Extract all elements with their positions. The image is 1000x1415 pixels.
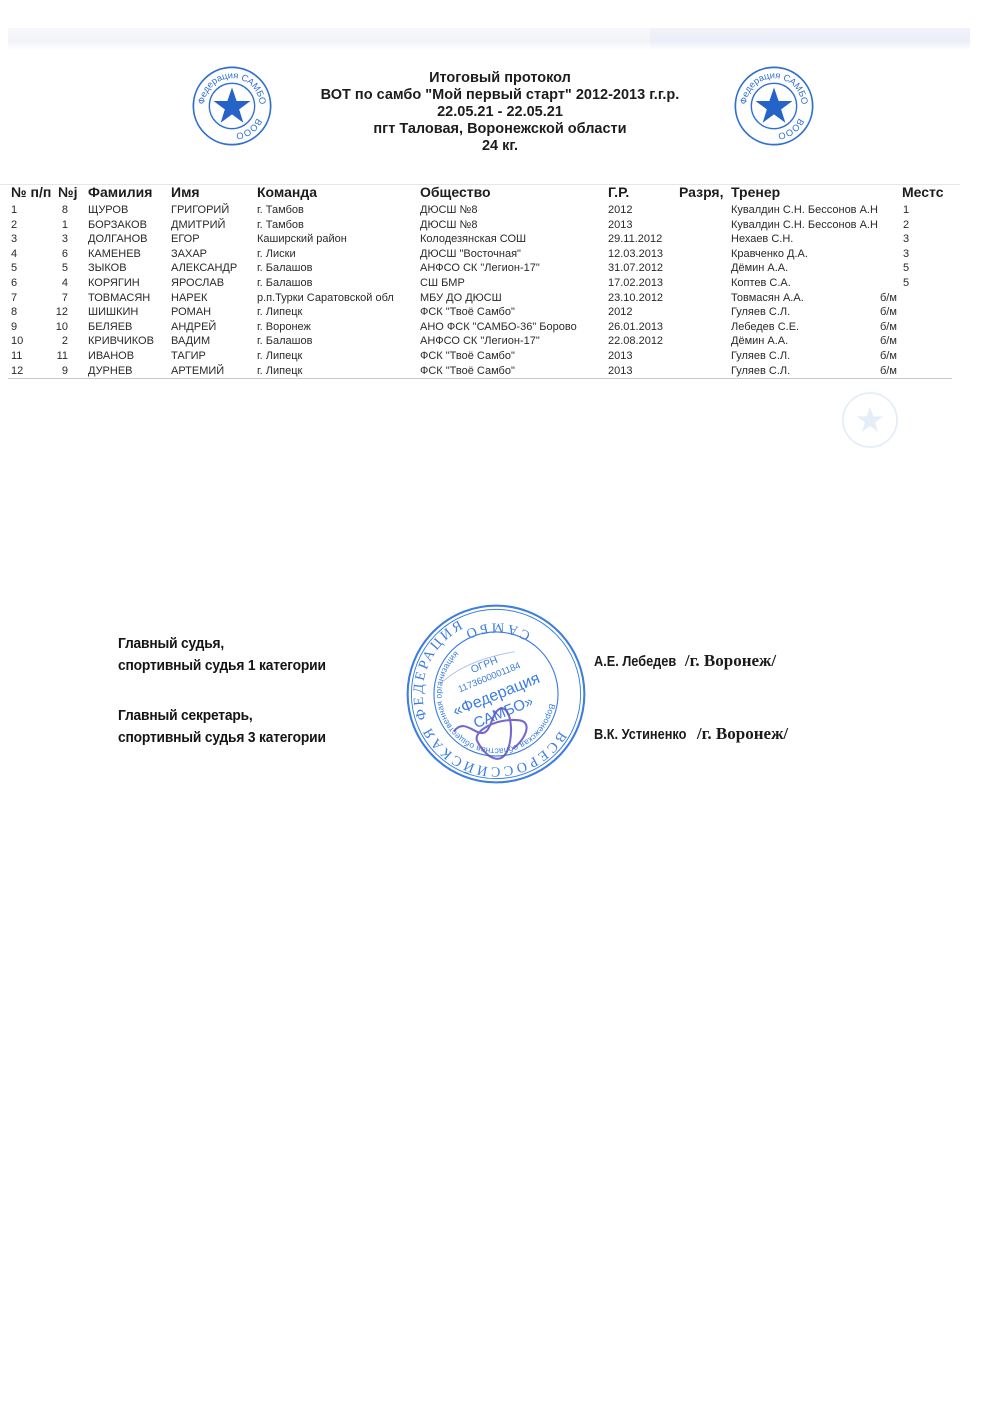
- cell-last-name: КРИВЧИКОВ: [88, 334, 170, 349]
- table-header: № п/п №j Фамилия Имя Команда Общество Г.…: [0, 184, 960, 203]
- cell-last-name: КОРЯГИН: [88, 276, 170, 291]
- cell-last-name: БОРЗАКОВ: [88, 218, 170, 233]
- cell-last-name: БЕЛЯЕВ: [88, 320, 170, 335]
- cell-society: ДЮСШ №8: [420, 218, 608, 233]
- cell-society: СШ БМР: [420, 276, 608, 291]
- cell-pp: 12: [11, 364, 46, 379]
- cell-place: б/м: [880, 291, 920, 306]
- cell-society: ФСК "Твоё Самбо": [420, 364, 608, 379]
- table-body: 18ЩУРОВГРИГОРИЙг. ТамбовДЮСШ №82012Кувал…: [0, 203, 960, 378]
- cell-first-name: РОМАН: [171, 305, 257, 320]
- table-row: 102КРИВЧИКОВВАДИМг. БалашовАНФСО СК "Лег…: [0, 334, 960, 349]
- cell-draw-no: 5: [48, 261, 68, 276]
- faint-stamp-mark: [840, 390, 900, 450]
- table-row: 812ШИШКИНРОМАНг. ЛипецкФСК "Твоё Самбо"2…: [0, 305, 960, 320]
- chief-secretary-signature: В.К. Устиненко /г. Воронеж/: [594, 724, 788, 744]
- cell-last-name: ДУРНЕВ: [88, 364, 170, 379]
- cell-place: б/м: [880, 305, 920, 320]
- cell-society: ДЮСШ "Восточная": [420, 247, 608, 262]
- col-header-coach: Тренер: [731, 185, 879, 200]
- cell-first-name: ДМИТРИЙ: [171, 218, 257, 233]
- cell-pp: 4: [11, 247, 46, 262]
- cell-society: АНФСО СК "Легион-17": [420, 261, 608, 276]
- cell-coach: Гуляев С.Л.: [731, 349, 879, 364]
- cell-place: 5: [903, 276, 943, 291]
- cell-place: б/м: [880, 320, 920, 335]
- cell-draw-no: 2: [48, 334, 68, 349]
- cell-first-name: АНДРЕЙ: [171, 320, 257, 335]
- cell-first-name: ТАГИР: [171, 349, 257, 364]
- cell-birth-year: 26.01.2013: [608, 320, 678, 335]
- cell-team: г. Балашов: [257, 261, 417, 276]
- cell-place: б/м: [880, 334, 920, 349]
- table-row: 64КОРЯГИНЯРОСЛАВг. БалашовСШ БМР17.02.20…: [0, 276, 960, 291]
- cell-last-name: ЩУРОВ: [88, 203, 170, 218]
- table-row: 18ЩУРОВГРИГОРИЙг. ТамбовДЮСШ №82012Кувал…: [0, 203, 960, 218]
- cell-place: 3: [903, 232, 943, 247]
- cell-coach: Гуляев С.Л.: [731, 305, 879, 320]
- cell-team: г. Лиски: [257, 247, 417, 262]
- cell-birth-year: 23.10.2012: [608, 291, 678, 306]
- table-row: 33ДОЛГАНОВЕГОРКаширский районКолодезянск…: [0, 232, 960, 247]
- cell-coach: Лебедев С.Е.: [731, 320, 879, 335]
- cell-place: 5: [903, 261, 943, 276]
- table-bottom-rule: [8, 378, 952, 379]
- cell-coach: Коптев С.А.: [731, 276, 879, 291]
- cell-birth-year: 12.03.2013: [608, 247, 678, 262]
- cell-team: г. Тамбов: [257, 218, 417, 233]
- seal-icon: ВСЕРОССИЙСКАЯ ФЕДЕРАЦИЯ САМБО Воронежска…: [402, 600, 590, 788]
- table-row: 910БЕЛЯЕВАНДРЕЙг. ВоронежАНО ФСК "САМБО-…: [0, 320, 960, 335]
- col-header-birth-year: Г.Р.: [608, 185, 678, 200]
- cell-society: МБУ ДО ДЮСШ: [420, 291, 608, 306]
- table-row: 77ТОВМАСЯННАРЕКр.п.Турки Саратовской обл…: [0, 291, 960, 306]
- cell-team: г. Тамбов: [257, 203, 417, 218]
- weight-category: 24 кг.: [240, 138, 760, 155]
- cell-first-name: ГРИГОРИЙ: [171, 203, 257, 218]
- cell-coach: Кравченко Д.А.: [731, 247, 879, 262]
- cell-pp: 3: [11, 232, 46, 247]
- cell-coach: Кувалдин С.Н. Бессонов А.Н: [731, 218, 879, 233]
- chief-judge-title-line1: Главный судья,: [118, 633, 326, 655]
- chief-judge-title-line2: спортивный судья 1 категории: [118, 655, 326, 677]
- cell-pp: 9: [11, 320, 46, 335]
- chief-judge-signature: А.Е. Лебедев /г. Воронеж/: [594, 651, 776, 671]
- cell-birth-year: 2012: [608, 305, 678, 320]
- cell-draw-no: 6: [48, 247, 68, 262]
- cell-last-name: ДОЛГАНОВ: [88, 232, 170, 247]
- cell-coach: Гуляев С.Л.: [731, 364, 879, 379]
- cell-first-name: АЛЕКСАНДР: [171, 261, 257, 276]
- cell-team: г. Липецк: [257, 364, 417, 379]
- col-header-rank: Разря,: [679, 185, 731, 200]
- cell-first-name: ЯРОСЛАВ: [171, 276, 257, 291]
- cell-pp: 8: [11, 305, 46, 320]
- cell-first-name: НАРЕК: [171, 291, 257, 306]
- cell-pp: 11: [11, 349, 46, 364]
- cell-draw-no: 4: [48, 276, 68, 291]
- cell-birth-year: 2013: [608, 364, 678, 379]
- col-header-last-name: Фамилия: [88, 185, 170, 200]
- cell-coach: Товмасян А.А.: [731, 291, 879, 306]
- cell-team: г. Липецк: [257, 305, 417, 320]
- col-header-team: Команда: [257, 185, 417, 200]
- cell-birth-year: 29.11.2012: [608, 232, 678, 247]
- col-header-society: Общество: [420, 185, 608, 200]
- table-row: 1111ИВАНОВТАГИРг. ЛипецкФСК "Твоё Самбо"…: [0, 349, 960, 364]
- cell-birth-year: 2013: [608, 349, 678, 364]
- official-seal: ВСЕРОССИЙСКАЯ ФЕДЕРАЦИЯ САМБО Воронежска…: [402, 600, 590, 788]
- cell-place: б/м: [880, 364, 920, 379]
- cell-society: ДЮСШ №8: [420, 203, 608, 218]
- col-header-place: Местс: [902, 185, 950, 200]
- cell-team: г. Балашов: [257, 334, 417, 349]
- cell-birth-year: 2013: [608, 218, 678, 233]
- cell-place: б/м: [880, 349, 920, 364]
- cell-birth-year: 17.02.2013: [608, 276, 678, 291]
- table-row: 55ЗЫКОВАЛЕКСАНДРг. БалашовАНФСО СК "Леги…: [0, 261, 960, 276]
- cell-society: ФСК "Твоё Самбо": [420, 305, 608, 320]
- cell-draw-no: 8: [48, 203, 68, 218]
- cell-last-name: ИВАНОВ: [88, 349, 170, 364]
- cell-draw-no: 1: [48, 218, 68, 233]
- chief-judge-title: Главный судья, спортивный судья 1 катего…: [118, 633, 326, 677]
- cell-pp: 10: [11, 334, 46, 349]
- cell-place: 2: [903, 218, 943, 233]
- cell-first-name: ЕГОР: [171, 232, 257, 247]
- cell-coach: Дёмин А.А.: [731, 261, 879, 276]
- cell-last-name: ЗЫКОВ: [88, 261, 170, 276]
- cell-pp: 7: [11, 291, 46, 306]
- cell-pp: 5: [11, 261, 46, 276]
- cell-society: ФСК "Твоё Самбо": [420, 349, 608, 364]
- chief-secretary-title: Главный секретарь, спортивный судья 3 ка…: [118, 705, 326, 749]
- cell-draw-no: 11: [48, 349, 68, 364]
- cell-coach: Дёмин А.А.: [731, 334, 879, 349]
- cell-first-name: АРТЕМИЙ: [171, 364, 257, 379]
- cell-birth-year: 22.08.2012: [608, 334, 678, 349]
- cell-pp: 6: [11, 276, 46, 291]
- chief-secretary-city: /г. Воронеж/: [697, 724, 788, 743]
- cell-place: 3: [903, 247, 943, 262]
- cell-society: АНФСО СК "Легион-17": [420, 334, 608, 349]
- star-icon: [840, 390, 900, 450]
- table-row: 129ДУРНЕВАРТЕМИЙг. ЛипецкФСК "Твоё Самбо…: [0, 364, 960, 379]
- cell-draw-no: 10: [48, 320, 68, 335]
- cell-society: Колодезянская СОШ: [420, 232, 608, 247]
- svg-text:САМБО: САМБО: [459, 620, 532, 644]
- col-header-first-name: Имя: [171, 185, 257, 200]
- cell-last-name: КАМЕНЕВ: [88, 247, 170, 262]
- cell-draw-no: 9: [48, 364, 68, 379]
- chief-secretary-title-line1: Главный секретарь,: [118, 705, 326, 727]
- chief-judge-city: /г. Воронеж/: [685, 651, 776, 670]
- table-row: 21БОРЗАКОВДМИТРИЙг. ТамбовДЮСШ №82013Кув…: [0, 218, 960, 233]
- cell-first-name: ВАДИМ: [171, 334, 257, 349]
- cell-team: г. Балашов: [257, 276, 417, 291]
- cell-birth-year: 2012: [608, 203, 678, 218]
- cell-first-name: ЗАХАР: [171, 247, 257, 262]
- cell-draw-no: 7: [48, 291, 68, 306]
- chief-secretary-title-line2: спортивный судья 3 категории: [118, 727, 326, 749]
- protocol-title: Итоговый протокол: [240, 70, 760, 87]
- results-table: № п/п №j Фамилия Имя Команда Общество Г.…: [0, 184, 960, 379]
- cell-last-name: ШИШКИН: [88, 305, 170, 320]
- cell-draw-no: 3: [48, 232, 68, 247]
- chief-secretary-name: В.К. Устиненко: [594, 726, 686, 743]
- cell-society: АНО ФСК "САМБО-36" Борово: [420, 320, 608, 335]
- cell-pp: 2: [11, 218, 46, 233]
- cell-coach: Кувалдин С.Н. Бессонов А.Н: [731, 203, 879, 218]
- cell-draw-no: 12: [48, 305, 68, 320]
- competition-location: пгт Таловая, Воронежской области: [240, 121, 760, 138]
- competition-dates: 22.05.21 - 22.05.21: [240, 104, 760, 121]
- cell-team: Каширский район: [257, 232, 417, 247]
- cell-team: г. Воронеж: [257, 320, 417, 335]
- scan-artifact: [650, 28, 970, 50]
- col-header-pp: № п/п: [11, 185, 59, 200]
- competition-name: ВОТ по самбо "Мой первый старт" 2012-201…: [240, 87, 760, 104]
- protocol-header: Итоговый протокол ВОТ по самбо "Мой перв…: [240, 70, 760, 155]
- cell-pp: 1: [11, 203, 46, 218]
- cell-team: р.п.Турки Саратовской обл: [257, 291, 417, 306]
- col-header-draw-no: №j: [58, 185, 88, 200]
- cell-last-name: ТОВМАСЯН: [88, 291, 170, 306]
- cell-place: 1: [903, 203, 943, 218]
- chief-judge-name: А.Е. Лебедев: [594, 653, 676, 670]
- cell-birth-year: 31.07.2012: [608, 261, 678, 276]
- cell-team: г. Липецк: [257, 349, 417, 364]
- table-row: 46КАМЕНЕВЗАХАРг. ЛискиДЮСШ "Восточная"12…: [0, 247, 960, 262]
- cell-coach: Нехаев С.Н.: [731, 232, 879, 247]
